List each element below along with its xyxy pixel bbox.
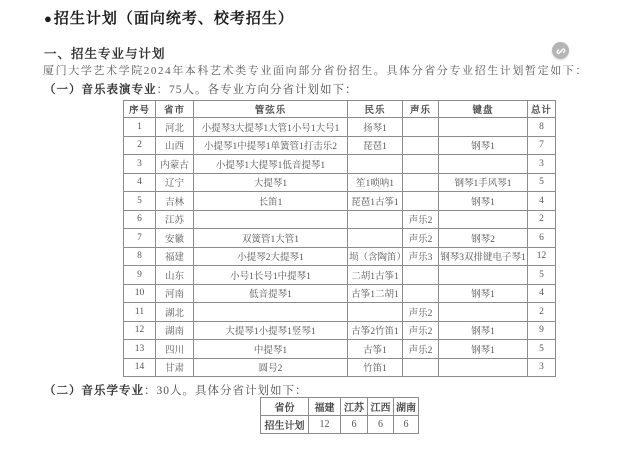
- column-header: 江西: [368, 398, 394, 416]
- section-heading: 一、招生专业与计划: [44, 44, 166, 62]
- table-cell: 10: [124, 284, 156, 303]
- table-cell: 竹笛1: [348, 358, 403, 377]
- table-cell: 2: [528, 303, 556, 322]
- table-cell: 琵琶1: [348, 136, 403, 155]
- table-cell: [439, 358, 528, 377]
- table-cell: 辽宁: [156, 173, 194, 192]
- intro-paragraph: 厦门大学艺术学院2024年本科艺术类专业面向部分省份招生。具体分省分专业招生计划…: [43, 62, 588, 78]
- table-cell: 3: [528, 155, 556, 174]
- table-row: 13四川中提琴1古筝1声乐2钢琴15: [124, 340, 556, 359]
- table-cell: 声乐3: [403, 247, 439, 266]
- table-cell: 11: [124, 303, 156, 322]
- table-cell: 5: [528, 266, 556, 285]
- table-cell: 14: [124, 358, 156, 377]
- table-cell: 钢琴2: [439, 229, 528, 248]
- table-row: 11湖北声乐22: [124, 303, 556, 322]
- table-cell: 7: [124, 229, 156, 248]
- table-cell: [348, 303, 403, 322]
- column-header: 福建: [309, 398, 341, 416]
- table-cell: [403, 173, 439, 192]
- table-cell: 2: [528, 210, 556, 229]
- table-cell: 声乐2: [403, 321, 439, 340]
- bullet-icon: ●: [44, 11, 53, 26]
- table-cell: 声乐2: [403, 210, 439, 229]
- table-cell: 声乐2: [403, 229, 439, 248]
- table-row: 6江苏声乐22: [124, 210, 556, 229]
- table-cell: 四川: [156, 340, 194, 359]
- column-header: 声乐: [403, 101, 439, 118]
- table-header-row: 序号省市管弦乐民乐声乐键盘总计: [124, 101, 556, 118]
- table-cell: 安徽: [156, 229, 194, 248]
- table-cell: 埙（含陶笛）2: [348, 247, 403, 266]
- table-cell: 小提琴1大提琴1低音提琴1: [194, 155, 348, 174]
- page-title: ●招生计划（面向统考、校考招生）: [44, 7, 294, 28]
- table-cell: 古筝1二胡1: [348, 284, 403, 303]
- table-cell: 钢琴1: [439, 340, 528, 359]
- table-cell: 12: [124, 321, 156, 340]
- table-cell: 中提琴1: [194, 340, 348, 359]
- table-cell: 声乐2: [403, 303, 439, 322]
- table-cell: 12: [309, 416, 341, 434]
- table-row: 9山东小号1长号1中提琴1二胡1古筝15: [124, 266, 556, 285]
- table-cell: 琵琶1古筝1: [348, 192, 403, 211]
- table-cell: 6: [368, 416, 394, 434]
- table-cell: 8: [528, 118, 556, 137]
- floating-link-button[interactable]: [552, 42, 569, 59]
- table-row: 12湖南大提琴1小提琴1竖琴1古筝2竹笛1声乐2钢琴19: [124, 321, 556, 340]
- table-cell: 2: [124, 136, 156, 155]
- table-cell: 小提琴3大提琴1大管1小号1大号1: [194, 118, 348, 137]
- table-cell: 二胡1古筝1: [348, 266, 403, 285]
- table-cell: 钢琴1: [439, 136, 528, 155]
- subsection-2-title: （二）音乐学专业: [44, 385, 144, 397]
- table-cell: 1: [124, 118, 156, 137]
- table-cell: 12: [528, 247, 556, 266]
- link-icon: [556, 46, 566, 56]
- table-cell: 小提琴2大提琴1: [194, 247, 348, 266]
- table-cell: 江苏: [156, 210, 194, 229]
- table-cell: 大提琴1: [194, 173, 348, 192]
- table-cell: 笙1唢呐1: [348, 173, 403, 192]
- column-header: 湖南: [394, 398, 419, 416]
- column-header: 省市: [156, 101, 194, 118]
- table-cell: 钢琴3双排键电子琴1: [439, 247, 528, 266]
- table-row: 2山西小提琴1中提琴1单簧管1打击乐2琵琶1钢琴17: [124, 136, 556, 155]
- table-cell: 5: [528, 173, 556, 192]
- subsection-2-detail: ：30人。具体分省计划如下：: [144, 385, 308, 397]
- table-cell: 4: [528, 192, 556, 211]
- column-header: 省份: [261, 398, 309, 416]
- table-cell: 3: [528, 358, 556, 377]
- table-cell: 6: [124, 210, 156, 229]
- table-cell: 3: [124, 155, 156, 174]
- table-row: 7安徽双簧管1大管1声乐2钢琴26: [124, 229, 556, 248]
- column-header: 键盘: [439, 101, 528, 118]
- table-row: 招生计划12666: [261, 416, 419, 434]
- table-cell: [403, 136, 439, 155]
- table-cell: [348, 229, 403, 248]
- table-cell: 5: [124, 192, 156, 211]
- music-performance-table: 序号省市管弦乐民乐声乐键盘总计 1河北小提琴3大提琴1大管1小号1大号1扬琴18…: [123, 100, 556, 377]
- table-cell: 大提琴1小提琴1竖琴1: [194, 321, 348, 340]
- table-row: 5吉林长笛1琵琶1古筝1钢琴14: [124, 192, 556, 211]
- table-cell: 古筝2竹笛1: [348, 321, 403, 340]
- document-page: ●招生计划（面向统考、校考招生） 一、招生专业与计划 厦门大学艺术学院2024年…: [0, 0, 629, 455]
- table-cell: 8: [124, 247, 156, 266]
- table-cell: 6: [528, 229, 556, 248]
- table-cell: [439, 155, 528, 174]
- table-row: 8福建小提琴2大提琴1埙（含陶笛）2声乐3钢琴3双排键电子琴112: [124, 247, 556, 266]
- table-cell: 吉林: [156, 192, 194, 211]
- table-cell: 长笛1: [194, 192, 348, 211]
- table-cell: 山西: [156, 136, 194, 155]
- table-cell: 6: [394, 416, 419, 434]
- subsection-1-title: （一）音乐表演专业: [44, 84, 157, 96]
- table-cell: [403, 284, 439, 303]
- table-row: 1河北小提琴3大提琴1大管1小号1大号1扬琴18: [124, 118, 556, 137]
- table-cell: 河南: [156, 284, 194, 303]
- table-cell: 6: [341, 416, 368, 434]
- column-header: 管弦乐: [194, 101, 348, 118]
- table-cell: 招生计划: [261, 416, 309, 434]
- table-row: 10河南低音提琴1古筝1二胡1钢琴14: [124, 284, 556, 303]
- column-header: 江苏: [341, 398, 368, 416]
- table-cell: [403, 155, 439, 174]
- table-cell: 4: [528, 284, 556, 303]
- table-cell: [348, 155, 403, 174]
- table-cell: 钢琴1手风琴1: [439, 173, 528, 192]
- table-cell: [439, 210, 528, 229]
- table-cell: [439, 118, 528, 137]
- table-cell: [194, 303, 348, 322]
- table-cell: 扬琴1: [348, 118, 403, 137]
- table-header-row: 省份福建江苏江西湖南: [261, 398, 419, 416]
- table-cell: 山东: [156, 266, 194, 285]
- table-cell: 古筝1: [348, 340, 403, 359]
- table-cell: [439, 303, 528, 322]
- table-cell: 甘肃: [156, 358, 194, 377]
- table-cell: [194, 210, 348, 229]
- table-cell: 圆号2: [194, 358, 348, 377]
- table-cell: 钢琴1: [439, 321, 528, 340]
- table-cell: 小提琴1中提琴1单簧管1打击乐2: [194, 136, 348, 155]
- table-cell: 福建: [156, 247, 194, 266]
- table-cell: 内蒙古: [156, 155, 194, 174]
- page-title-text: 招生计划（面向统考、校考招生）: [54, 10, 294, 27]
- table-cell: 4: [124, 173, 156, 192]
- table-cell: 9: [528, 321, 556, 340]
- table-cell: 双簧管1大管1: [194, 229, 348, 248]
- table-cell: 河北: [156, 118, 194, 137]
- table-row: 4辽宁大提琴1笙1唢呐1钢琴1手风琴15: [124, 173, 556, 192]
- table-row: 14甘肃圆号2竹笛13: [124, 358, 556, 377]
- table-cell: 湖南: [156, 321, 194, 340]
- subsection-1-detail: ：75人。各专业方向分省计划如下：: [157, 84, 358, 96]
- table-cell: [439, 266, 528, 285]
- column-header: 民乐: [348, 101, 403, 118]
- table-cell: 9: [124, 266, 156, 285]
- table-cell: [403, 266, 439, 285]
- subsection-2-heading: （二）音乐学专业：30人。具体分省计划如下：: [44, 382, 308, 398]
- table-cell: 5: [528, 340, 556, 359]
- table-cell: 钢琴1: [439, 192, 528, 211]
- table-cell: [348, 210, 403, 229]
- table-cell: 小号1长号1中提琴1: [194, 266, 348, 285]
- column-header: 总计: [528, 101, 556, 118]
- table-cell: [403, 118, 439, 137]
- table-row: 3内蒙古小提琴1大提琴1低音提琴13: [124, 155, 556, 174]
- column-header: 序号: [124, 101, 156, 118]
- table-cell: 低音提琴1: [194, 284, 348, 303]
- table-cell: 湖北: [156, 303, 194, 322]
- table-cell: [403, 358, 439, 377]
- table-cell: 13: [124, 340, 156, 359]
- subsection-1-heading: （一）音乐表演专业：75人。各专业方向分省计划如下：: [44, 81, 358, 97]
- table-cell: 钢琴1: [439, 284, 528, 303]
- table-cell: 7: [528, 136, 556, 155]
- musicology-plan-table: 省份福建江苏江西湖南 招生计划12666: [260, 397, 419, 434]
- table-cell: [403, 192, 439, 211]
- table-cell: 声乐2: [403, 340, 439, 359]
